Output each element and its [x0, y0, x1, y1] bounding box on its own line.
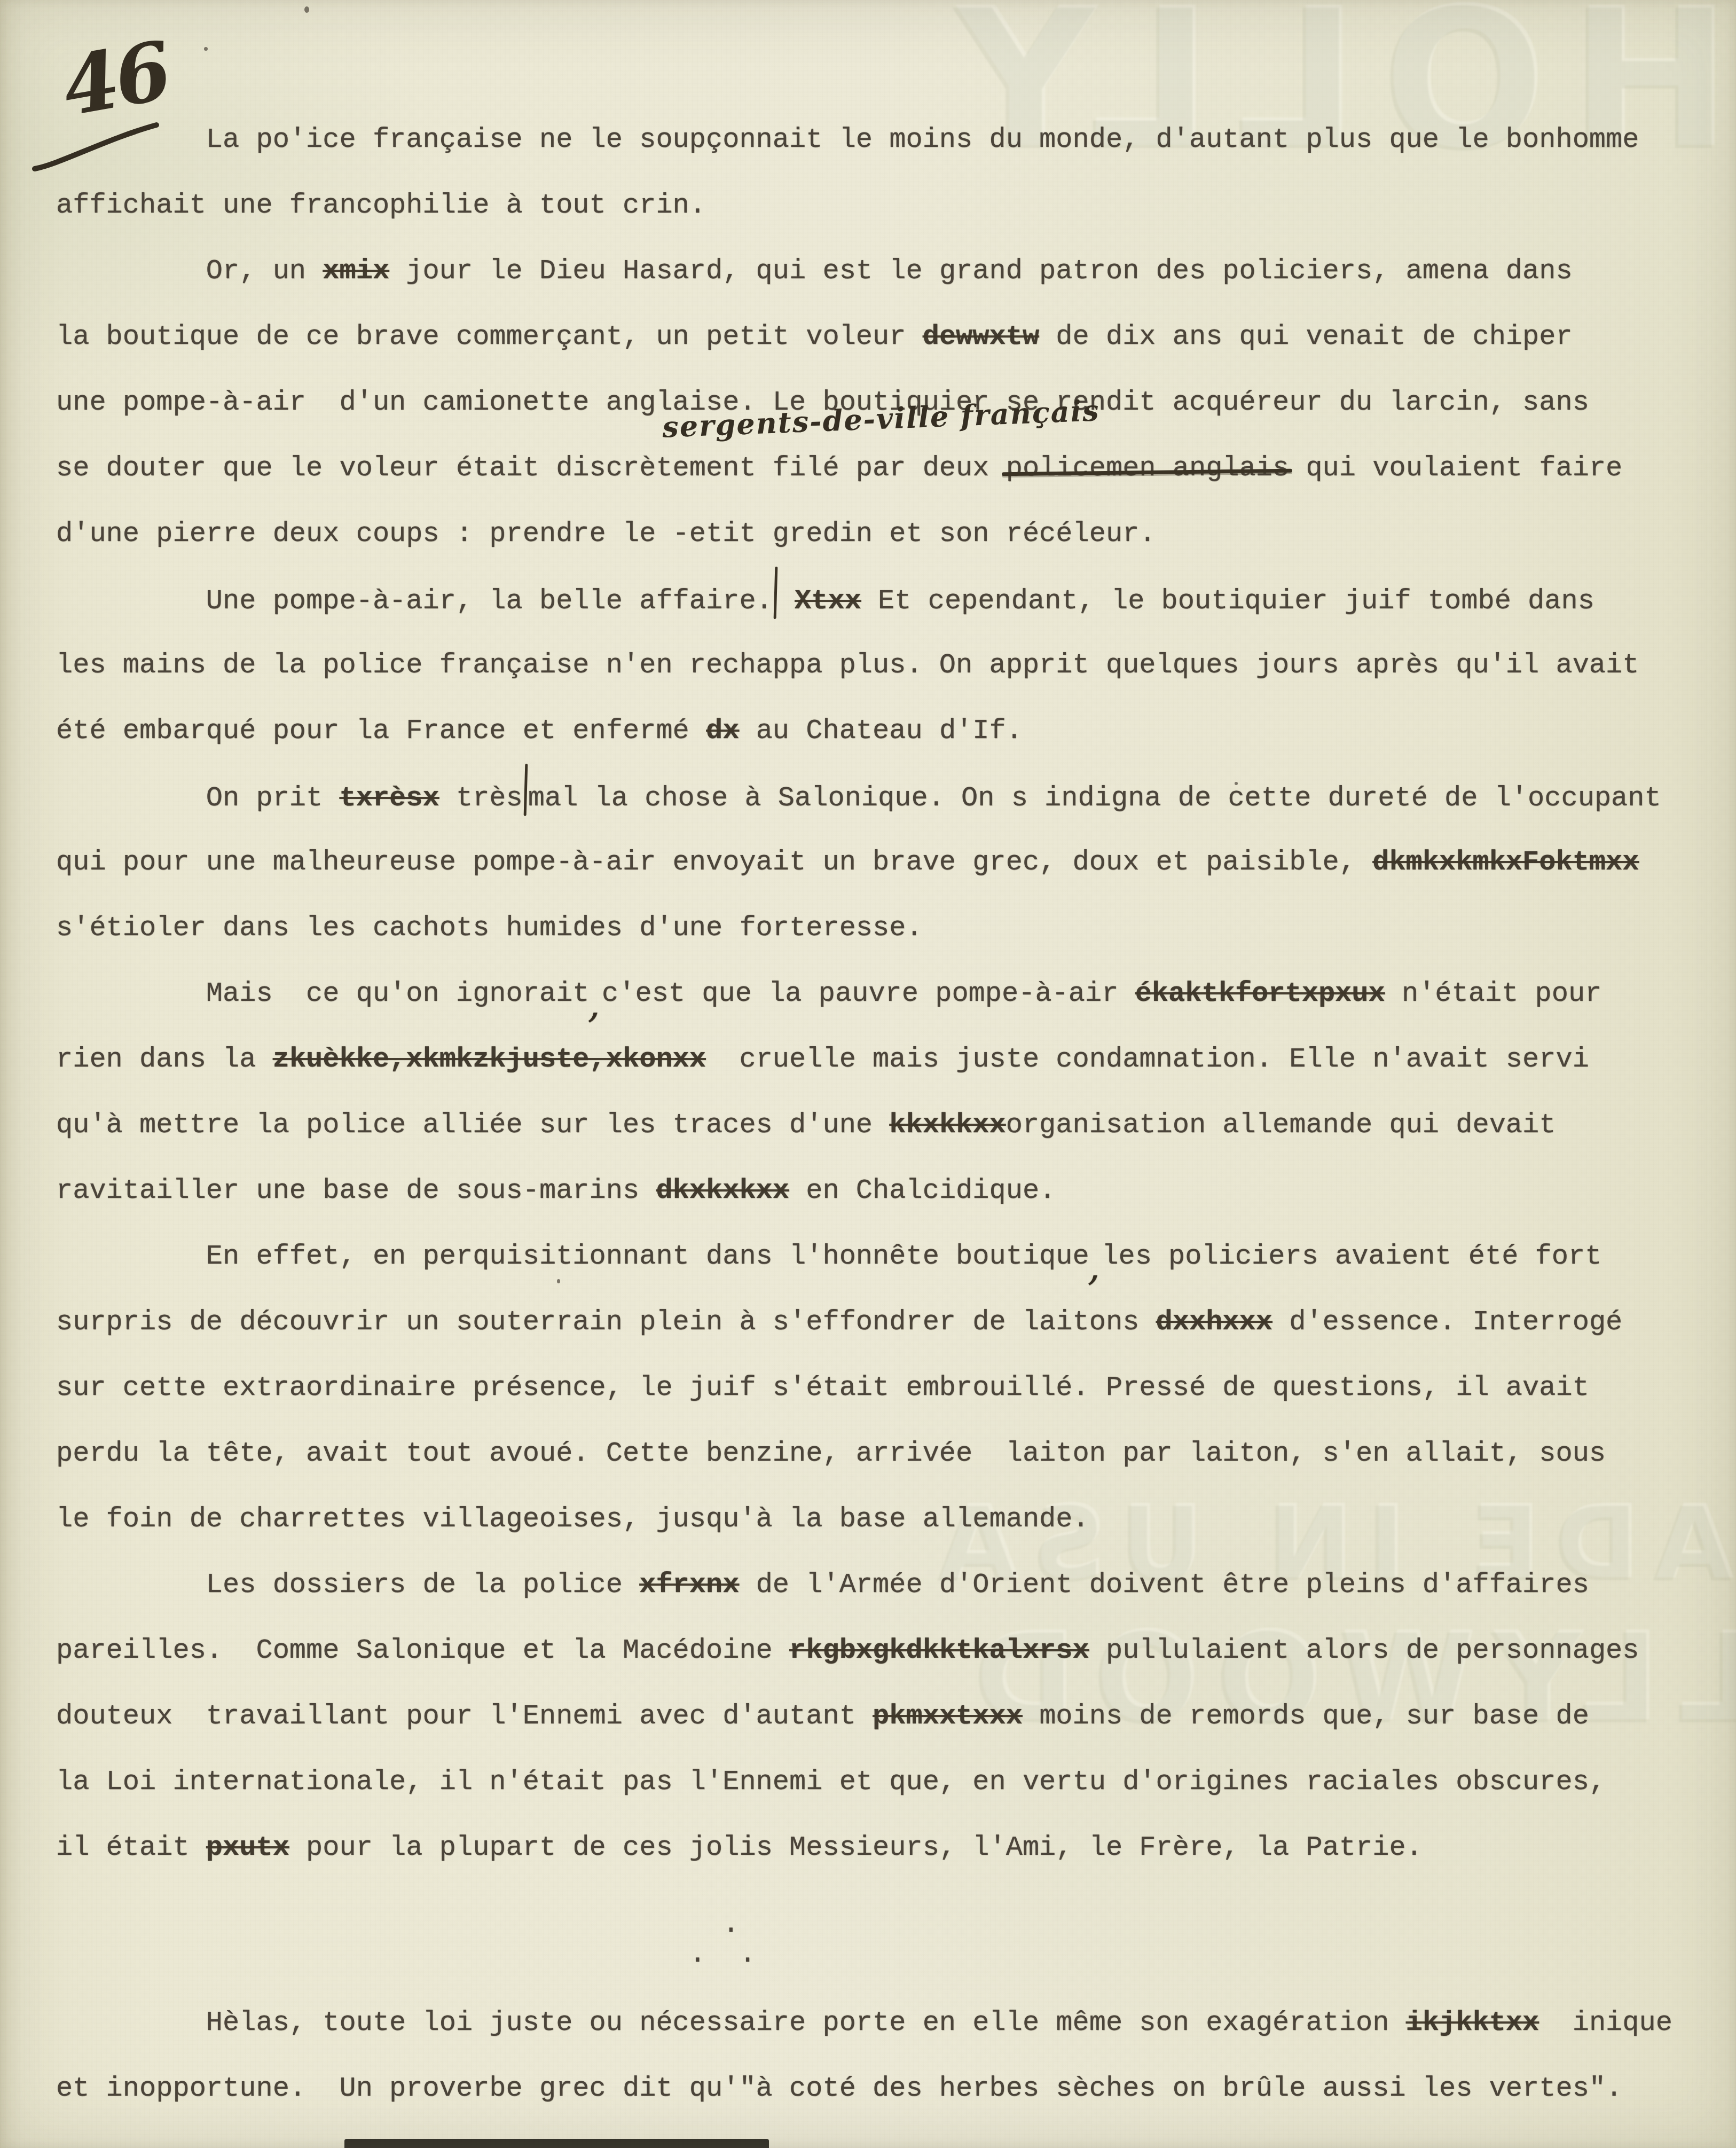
typed-line: La po'ice française ne le soupçonnait le…	[56, 107, 1720, 173]
typed-line: On prit txrèsx trèsmal la chose à Saloni…	[56, 764, 1720, 829]
typed-line: été embarqué pour la France et enfermé d…	[56, 698, 1720, 764]
typed-text: n'était pour	[1385, 978, 1602, 1009]
ink-speck	[1235, 782, 1238, 785]
typed-text: surpris de découvrir un souterrain plein…	[56, 1306, 1156, 1338]
typed-text: En effet, en perquisitionnant dans l'hon…	[56, 1241, 1089, 1272]
ink-speck	[304, 6, 309, 13]
typed-text: organisation allemande qui devait	[1006, 1109, 1556, 1141]
typed-line: ravitailler une base de sous-marins dkxk…	[56, 1158, 1720, 1224]
typed-strikeout-text: xmix	[323, 255, 389, 287]
typed-line: les mains de la police française n'en re…	[56, 632, 1720, 698]
typed-text: Une pompe-à-air, la belle affaire.	[56, 585, 773, 617]
typed-text: . .	[56, 1939, 756, 1970]
typed-strikeout-text: zkuèkke,xkmkzkjuste,xkonxx	[273, 1044, 706, 1075]
typed-text: en Chalcidique.	[789, 1175, 1056, 1206]
typed-strikeout-text: dkxkxkxx	[656, 1175, 789, 1206]
typed-text: Mais ce qu'on ignorait	[56, 978, 590, 1009]
typed-text: le foin de charrettes villageoises, jusq…	[56, 1503, 1089, 1535]
typed-text: moins de remords que, sur base de	[1023, 1700, 1589, 1732]
typed-text: d'une pierre deux coups : prendre le -et…	[56, 518, 1156, 550]
typed-line: Or, un xmix jour le Dieu Hasard, qui est…	[56, 238, 1720, 304]
typed-text: de dix ans qui venait de chiper	[1039, 321, 1573, 352]
typed-line: il était pxutx pour la plupart de ces jo…	[56, 1815, 1720, 1880]
typed-text: perdu la tête, avait tout avoué. Cette b…	[56, 1438, 1606, 1469]
typed-text: sur cette extraordinaire présence, le ju…	[56, 1372, 1589, 1404]
typed-line: qu'à mettre la police alliée sur les tra…	[56, 1092, 1720, 1158]
pen-stroke-mark	[523, 764, 528, 816]
typed-text: rien dans la	[56, 1044, 273, 1075]
typed-strikeout-text: ékaktkfortxpxux	[1135, 978, 1385, 1009]
typed-line: perdu la tête, avait tout avoué. Cette b…	[56, 1421, 1720, 1486]
typed-strikeout-text: dxxhxxx	[1156, 1306, 1272, 1338]
typed-text: ravitailler une base de sous-marins	[56, 1175, 656, 1206]
typed-strikeout-text: pkmxxtxxx	[873, 1700, 1023, 1732]
typed-text: les policiers avaient été fort	[1102, 1241, 1601, 1272]
hand-struck-text: policemen anglais	[1006, 435, 1290, 501]
typed-text: affichait une francophilie à tout crin.	[56, 190, 706, 221]
typed-line: sur cette extraordinaire présence, le ju…	[56, 1355, 1720, 1421]
typed-strikeout-text: xfrxnx	[639, 1569, 739, 1601]
typed-text: il était	[56, 1832, 206, 1863]
typed-text: s'étioler dans les cachots humides d'une…	[56, 912, 923, 944]
typed-text: jour le Dieu Hasard, qui est le grand pa…	[389, 255, 1573, 287]
typed-text: La po'ice française ne le soupçonnait le…	[56, 124, 1639, 155]
typed-text: qu'à mettre la police alliée sur les tra…	[56, 1109, 889, 1141]
typed-text: douteux travaillant pour l'Ennemi avec d…	[56, 1700, 873, 1732]
typed-line: Les dossiers de la police xfrxnx de l'Ar…	[56, 1552, 1720, 1618]
typed-line: Une pompe-à-air, la belle affaire. Xtxx …	[56, 567, 1720, 632]
typed-text: et inopportune. Un proverbe grec dit qu'…	[56, 2073, 1622, 2104]
typed-text: la boutique de ce brave commerçant, un p…	[56, 321, 923, 352]
typed-text: très	[439, 782, 523, 814]
typed-text: c'est que la pauvre pompe-à-air	[602, 978, 1135, 1009]
typed-strikeout-text: pxutx	[206, 1832, 289, 1863]
typed-text: été embarqué pour la France et enfermé	[56, 715, 706, 747]
typed-text: qui pour une malheureuse pompe-à-air env…	[56, 846, 1372, 878]
typed-strikeout-text: dewwxtw	[923, 321, 1039, 352]
typed-text: cruelle mais juste condamnation. Elle n'…	[706, 1044, 1589, 1075]
typed-text: pour la plupart de ces jolis Messieurs, …	[289, 1832, 1423, 1863]
typed-text: de l'Armée d'Orient doivent être pleins …	[739, 1569, 1589, 1601]
typed-text: On prit	[56, 782, 340, 814]
typed-strikeout-text: txrèsx	[340, 782, 439, 814]
typed-text: la Loi internationale, il n'était pas l'…	[56, 1766, 1606, 1798]
typed-line: qui pour une malheureuse pompe-à-air env…	[56, 829, 1720, 895]
typed-line: En effet, en perquisitionnant dans l'hon…	[56, 1224, 1720, 1289]
typed-text: .	[56, 1909, 739, 1940]
typed-text: inique	[1539, 2007, 1672, 2039]
typed-line: le foin de charrettes villageoises, jusq…	[56, 1486, 1720, 1552]
typed-text: se douter que le voleur était discrèteme…	[56, 452, 1006, 484]
typed-line: se douter que le voleur était discrèteme…	[56, 435, 1720, 501]
typed-text: Les dossiers de la police	[56, 1569, 639, 1601]
typed-strikeout-text: dkmkxkmkxFoktmxx	[1372, 846, 1639, 878]
asterism-line: .	[56, 1910, 1720, 1940]
typed-text: pareilles. Comme Salonique et la Macédoi…	[56, 1635, 789, 1666]
typed-line: surpris de découvrir un souterrain plein…	[56, 1289, 1720, 1355]
asterism-line: . .	[56, 1940, 1720, 1970]
typed-line: affichait une francophilie à tout crin.	[56, 173, 1720, 238]
typed-text	[778, 585, 795, 617]
typed-line: douteux travaillant pour l'Ennemi avec d…	[56, 1683, 1720, 1749]
typed-line: rien dans la zkuèkke,xkmkzkjuste,xkonxx …	[56, 1026, 1720, 1092]
typed-strikeout-text: dx	[706, 715, 739, 747]
ink-speck	[557, 1279, 560, 1283]
pen-stroke-mark	[773, 567, 777, 619]
typed-line: et inopportune. Un proverbe grec dit qu'…	[56, 2056, 1720, 2121]
typed-line: Hèlas, toute loi juste ou nécessaire por…	[56, 1990, 1720, 2056]
typed-text: mal la chose à Salonique. On s indigna d…	[528, 782, 1661, 814]
typed-strikeout-text: rkgbxgkdkktkalxrsx	[789, 1635, 1089, 1666]
typed-strikeout-text: ikjkktxx	[1406, 2007, 1539, 2039]
typed-text: Et cependant, le boutiquier juif tombé d…	[861, 585, 1594, 617]
typed-line: pareilles. Comme Salonique et la Macédoi…	[56, 1618, 1720, 1683]
typed-strikeout-text: Xtxx	[795, 585, 861, 617]
typed-text: Hèlas, toute loi juste ou nécessaire por…	[56, 2007, 1406, 2039]
typed-text: pullulaient alors de personnages	[1089, 1635, 1639, 1666]
typed-line: d'une pierre deux coups : prendre le -et…	[56, 501, 1720, 567]
typed-line: Mais ce qu'on ignorait,c'est que la pauv…	[56, 961, 1720, 1026]
typed-text: qui voulaient faire	[1289, 452, 1622, 484]
ink-speck	[204, 47, 208, 51]
typed-text: d'essence. Interrogé	[1272, 1306, 1622, 1338]
scan-edge-shadow	[344, 2139, 769, 2148]
typed-text: les mains de la police française n'en re…	[56, 649, 1639, 681]
typed-line: s'étioler dans les cachots humides d'une…	[56, 895, 1720, 961]
typed-line: la Loi internationale, il n'était pas l'…	[56, 1749, 1720, 1815]
typescript-page: HOLLY MADE IN USA HOLLYWOOD 46 La po'ice…	[0, 0, 1736, 2148]
typed-strikeout-text: kkxkkxx	[889, 1109, 1006, 1141]
typed-text: Or, un	[56, 255, 323, 287]
typed-line: la boutique de ce brave commerçant, un p…	[56, 304, 1720, 370]
typed-text: au Chateau d'If.	[739, 715, 1023, 747]
